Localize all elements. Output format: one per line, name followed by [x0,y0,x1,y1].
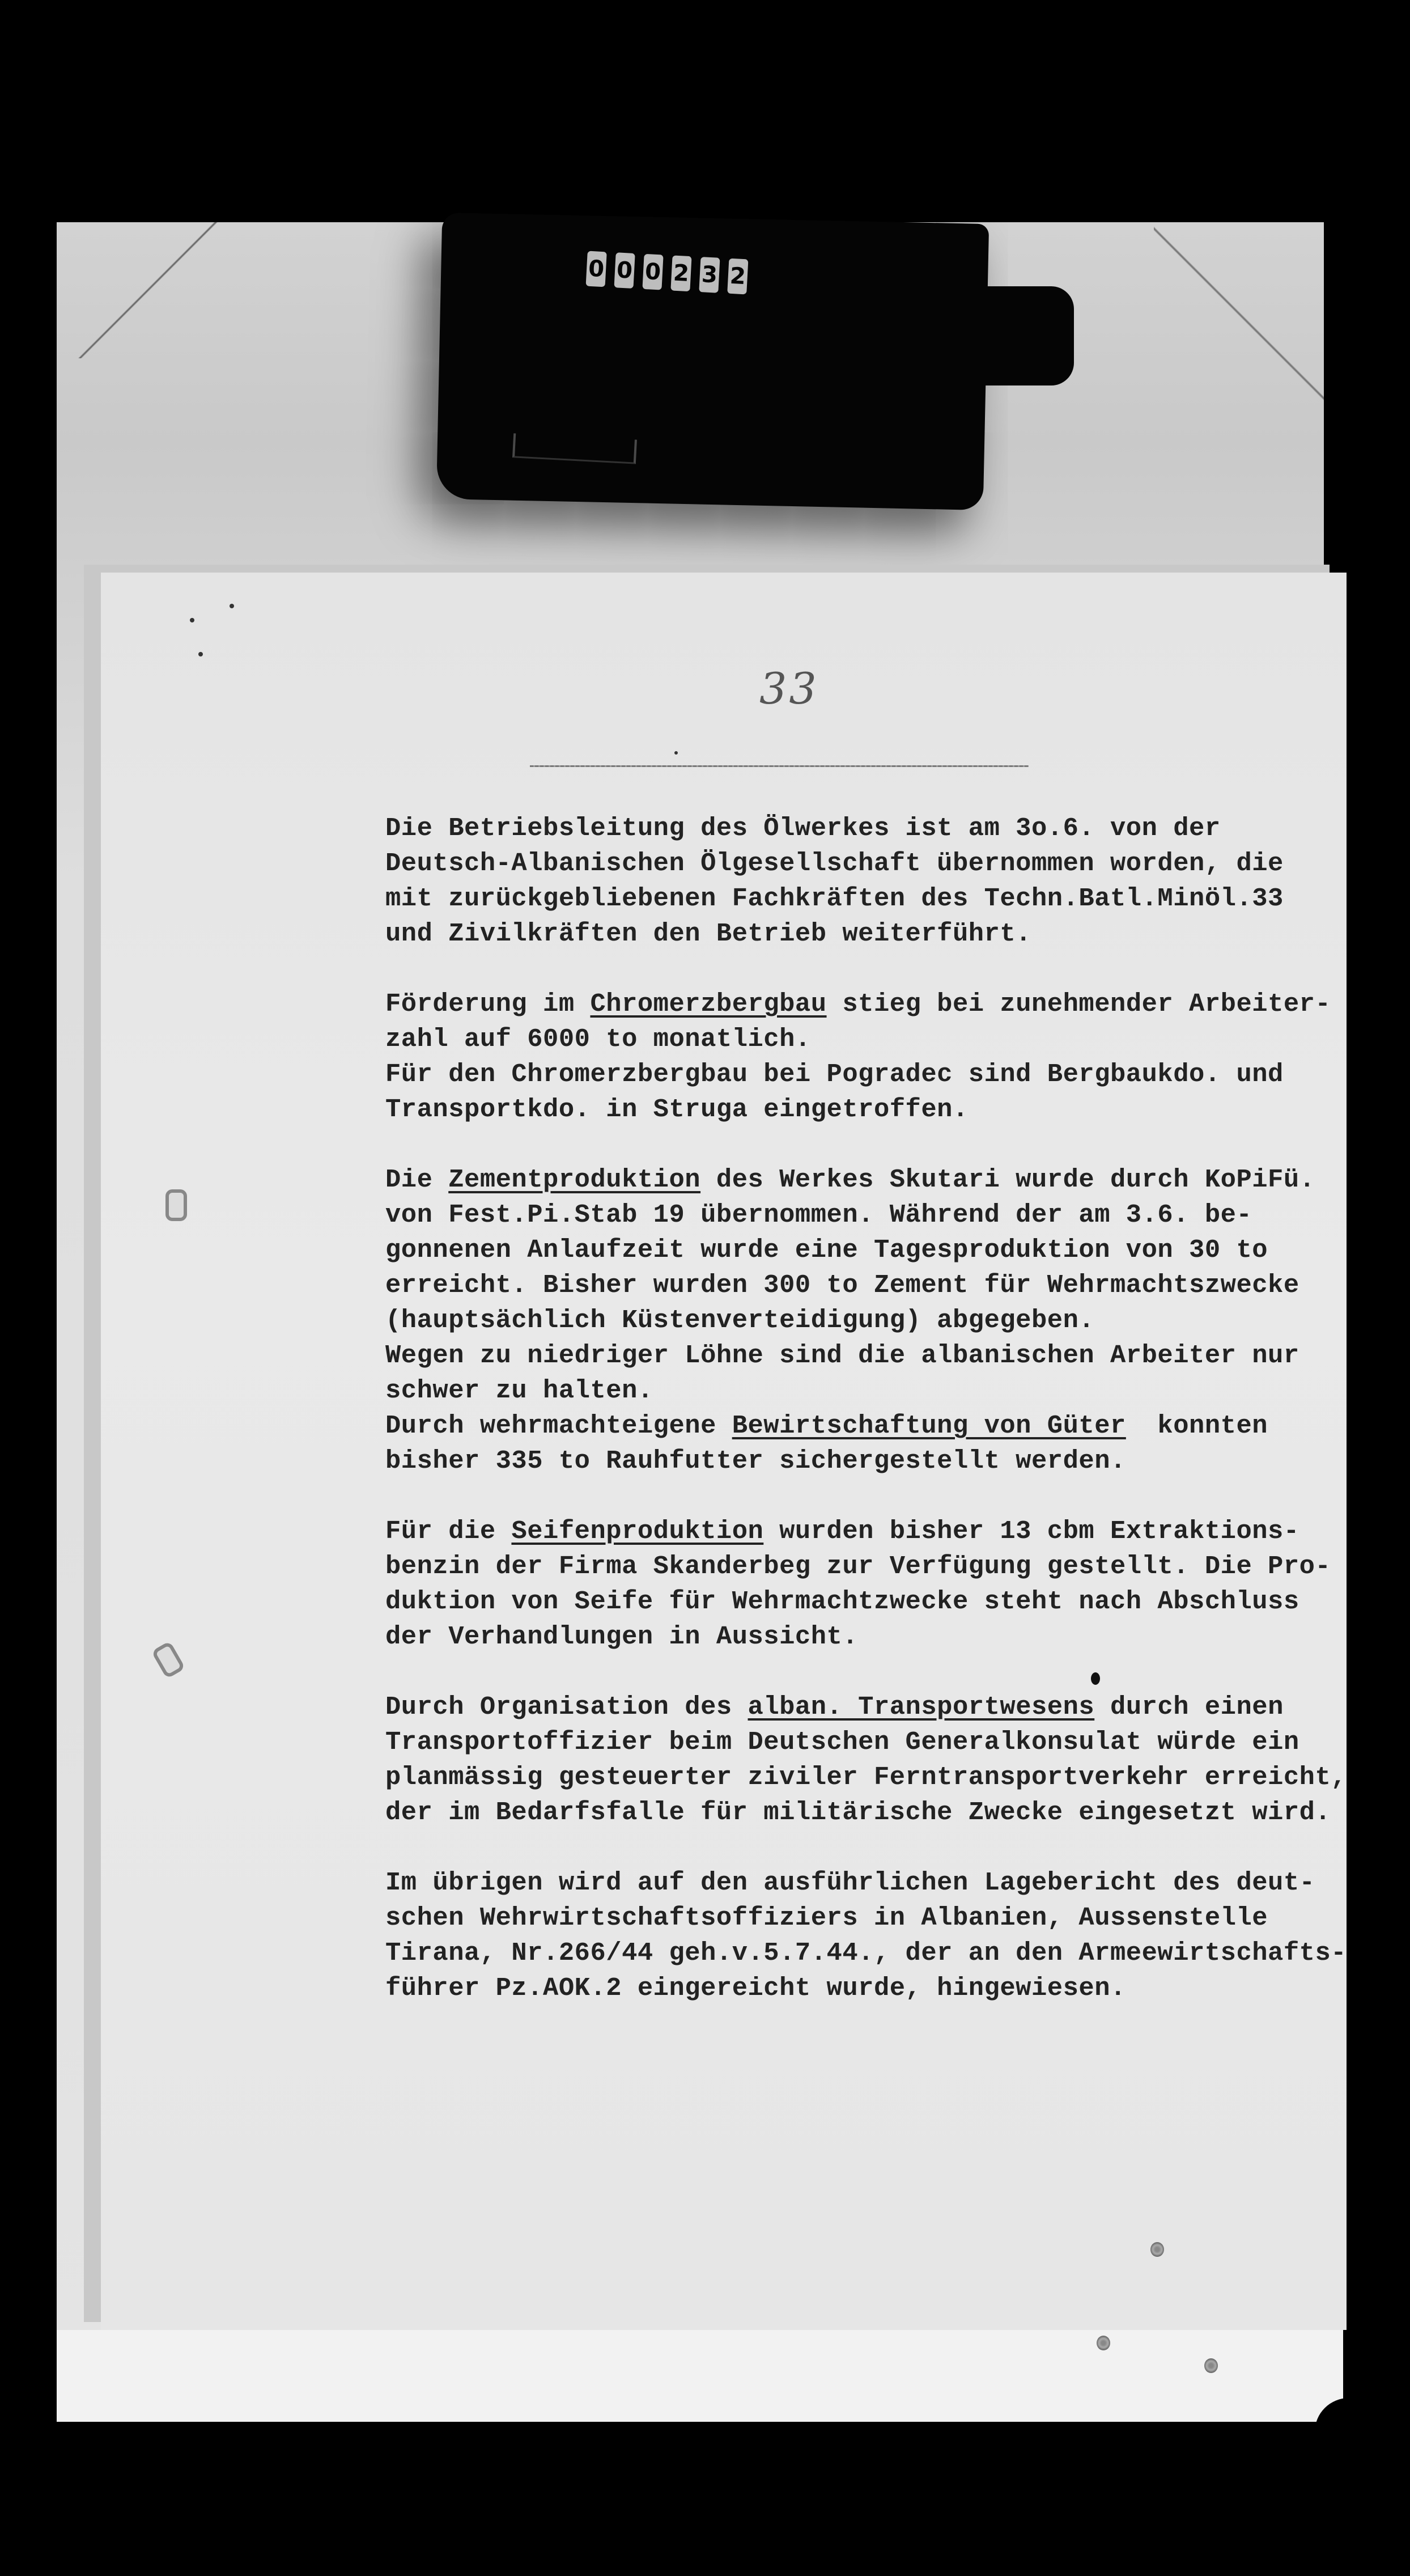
text-run: Förderung im [385,989,590,1019]
paragraph: Für die Seifenproduktion wurden bisher 1… [385,1514,1315,1654]
text-run: Deutsch-Albanischen Ölgesellschaft übern… [385,849,1284,878]
text-line: Durch Organisation des alban. Transportw… [385,1689,1315,1725]
paragraph: Die Zementproduktion des Werkes Skutari … [385,1162,1315,1478]
punch-hole-mark [1150,2242,1164,2257]
board-fold-crease [57,222,238,358]
text-run: Für den Chromerzbergbau bei Pogradec sin… [385,1060,1284,1089]
document-body: Die Betriebsleitung des Ölwerkes ist am … [385,811,1315,2041]
text-run: schwer zu halten. [385,1376,653,1405]
text-run: Wegen zu niedriger Löhne sind die albani… [385,1341,1299,1370]
board-fold-crease-right [1154,222,1324,404]
board-bottom-strip [57,2330,1343,2422]
punch-hole-mark [1204,2358,1218,2373]
text-line: Die Zementproduktion des Werkes Skutari … [385,1162,1315,1197]
text-run: der Verhandlungen in Aussicht. [385,1622,858,1651]
header-divider-line [530,765,1029,767]
punch-hole-mark [1097,2336,1110,2350]
text-line: benzin der Firma Skanderbeg zur Verfügun… [385,1549,1315,1584]
dust-speck [230,604,234,608]
text-run: Für die [385,1516,511,1546]
text-line: (hauptsächlich Küstenverteidigung) abgeg… [385,1303,1315,1338]
text-line: zahl auf 6000 to monatlich. [385,1022,1315,1057]
text-run: (hauptsächlich Küstenverteidigung) abgeg… [385,1306,1094,1335]
text-run: Tirana, Nr.266/44 geh.v.5.7.44., der an … [385,1938,1347,1968]
counter-digit: 0 [586,251,607,287]
text-run: wurden bisher 13 cbm Extraktions- [763,1516,1299,1546]
text-line: duktion von Seife für Wehrmachtzwecke st… [385,1584,1315,1619]
paragraph: Durch Organisation des alban. Transportw… [385,1689,1315,1830]
text-line: Förderung im Chromerzbergbau stieg bei z… [385,986,1315,1022]
counter-digit: 2 [670,255,691,291]
counter-digit: 0 [642,254,663,290]
dust-speck [674,751,678,755]
counter-digit: 0 [614,252,635,289]
text-line: schwer zu halten. [385,1373,1315,1408]
text-line: schen Wehrwirtschaftsoffiziers in Albani… [385,1900,1315,1935]
text-run: Transportkdo. in Struga eingetroffen. [385,1095,969,1124]
paragraph: Förderung im Chromerzbergbau stieg bei z… [385,986,1315,1127]
counter-digit: 3 [699,257,720,293]
text-line: Transportoffizier beim Deutschen General… [385,1725,1315,1760]
paragraph: Im übrigen wird auf den ausführlichen La… [385,1865,1315,2006]
text-line: Für den Chromerzbergbau bei Pogradec sin… [385,1057,1315,1092]
text-line: Im übrigen wird auf den ausführlichen La… [385,1865,1315,1900]
dust-speck [190,618,194,622]
text-run: erreicht. Bisher wurden 300 to Zement fü… [385,1270,1299,1300]
text-run: Die [385,1165,448,1194]
text-run: von Fest.Pi.Stab 19 übernommen. Während … [385,1200,1252,1230]
text-run: duktion von Seife für Wehrmachtzwecke st… [385,1587,1299,1616]
text-line: gonnenen Anlaufzeit wurde eine Tagesprod… [385,1232,1315,1268]
text-line: planmässig gesteuerter ziviler Ferntrans… [385,1760,1315,1795]
text-line: Die Betriebsleitung des Ölwerkes ist am … [385,811,1315,846]
underlined-term: Bewirtschaftung von Güter [732,1411,1126,1440]
text-run: Durch Organisation des [385,1692,748,1722]
text-line: Tirana, Nr.266/44 geh.v.5.7.44., der an … [385,1935,1315,1971]
text-line: Wegen zu niedriger Löhne sind die albani… [385,1338,1315,1373]
text-run: Im übrigen wird auf den ausführlichen La… [385,1868,1315,1897]
text-line: Für die Seifenproduktion wurden bisher 1… [385,1514,1315,1549]
text-line: von Fest.Pi.Stab 19 übernommen. Während … [385,1197,1315,1232]
text-line: und Zivilkräften den Betrieb weiterführt… [385,916,1315,951]
text-run: schen Wehrwirtschaftsoffiziers in Albani… [385,1903,1268,1933]
text-run: des Werkes Skutari wurde durch KoPiFü. [700,1165,1315,1194]
dust-speck [1091,1672,1100,1685]
text-line: Transportkdo. in Struga eingetroffen. [385,1092,1315,1127]
text-line: erreicht. Bisher wurden 300 to Zement fü… [385,1268,1315,1303]
margin-ring-mark [165,1189,187,1221]
text-line: führer Pz.AOK.2 eingereicht wurde, hinge… [385,1971,1315,2006]
text-run: bisher 335 to Rauhfutter sichergestellt … [385,1446,1126,1476]
text-line: bisher 335 to Rauhfutter sichergestellt … [385,1443,1315,1478]
text-run: Durch wehrmachteigene [385,1411,732,1440]
paragraph: Die Betriebsleitung des Ölwerkes ist am … [385,811,1315,951]
dust-speck [198,652,203,656]
frame-counter-knob [963,286,1074,385]
text-run: konnten [1126,1411,1268,1440]
underlined-term: alban. Transportwesens [748,1692,1095,1722]
handwritten-page-number: 33 [759,663,819,714]
text-run: mit zurückgebliebenen Fachkräften des Te… [385,884,1284,913]
text-run: der im Bedarfsfalle für militärische Zwe… [385,1798,1331,1827]
text-run: zahl auf 6000 to monatlich. [385,1024,811,1054]
text-run: Die Betriebsleitung des Ölwerkes ist am … [385,814,1221,843]
text-run: führer Pz.AOK.2 eingereicht wurde, hinge… [385,1973,1126,2003]
text-line: Durch wehrmachteigene Bewirtschaftung vo… [385,1408,1315,1443]
text-line: Deutsch-Albanischen Ölgesellschaft übern… [385,846,1315,881]
text-run: Transportoffizier beim Deutschen General… [385,1727,1299,1757]
underlined-term: Chromerzbergbau [590,989,826,1019]
underlined-term: Seifenproduktion [511,1516,763,1546]
text-run: durch einen [1094,1692,1284,1722]
text-line: mit zurückgebliebenen Fachkräften des Te… [385,881,1315,916]
text-run: und Zivilkräften den Betrieb weiterführt… [385,919,1031,948]
text-run: stieg bei zunehmender Arbeiter- [827,989,1331,1019]
text-run: benzin der Firma Skanderbeg zur Verfügun… [385,1552,1331,1581]
board-corner-notch [1382,222,1410,256]
text-run: planmässig gesteuerter ziviler Ferntrans… [385,1762,1347,1792]
text-line: der Verhandlungen in Aussicht. [385,1619,1315,1654]
text-line: der im Bedarfsfalle für militärische Zwe… [385,1795,1315,1830]
text-run: gonnenen Anlaufzeit wurde eine Tagesprod… [385,1235,1268,1265]
counter-digit: 2 [727,259,748,295]
underlined-term: Zementproduktion [448,1165,700,1194]
